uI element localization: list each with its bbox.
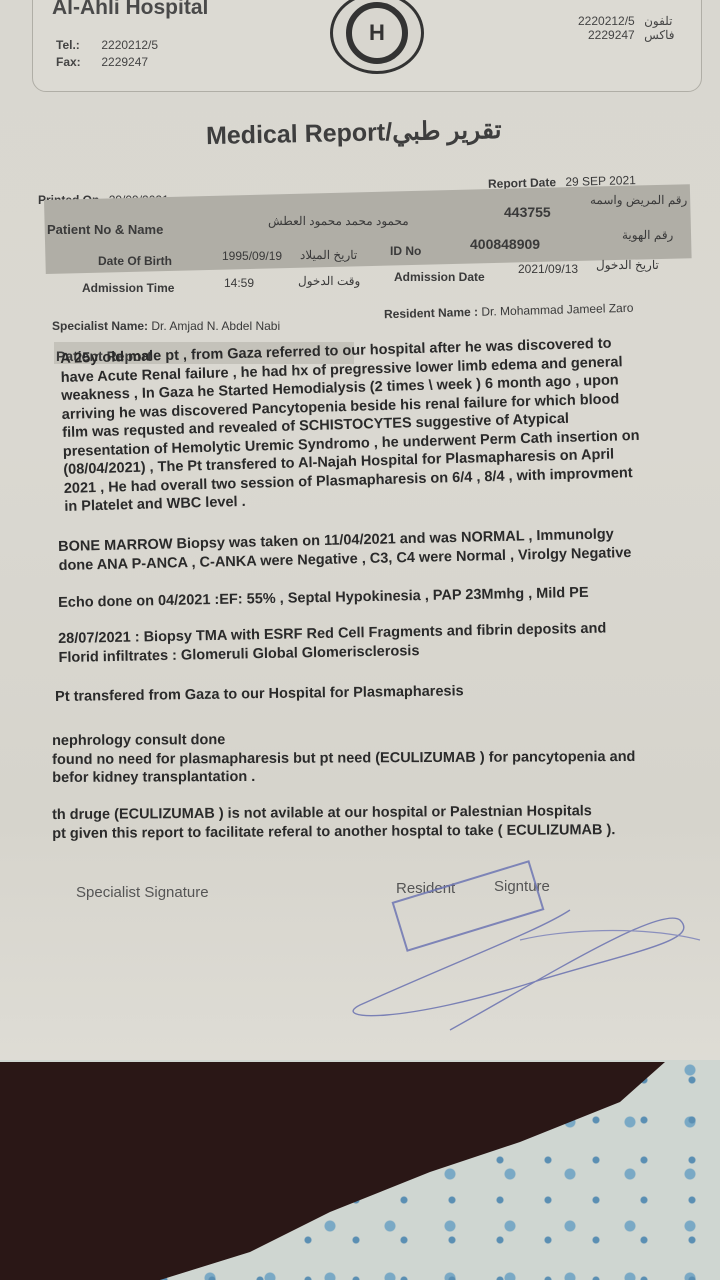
admission-time-label-ar: وقت الدخول bbox=[298, 274, 360, 288]
report-paragraph-3: Echo done on 04/2021 :EF: 55% , Septal H… bbox=[58, 584, 589, 613]
report-line: pt given this report to facilitate refer… bbox=[52, 821, 615, 843]
report-paragraph-1: A 25y old male pt , from Gaza referred t… bbox=[60, 334, 641, 517]
report-paragraph-6: nephrology consult done found no need fo… bbox=[52, 729, 636, 788]
admission-date-label: Admission Date bbox=[394, 270, 485, 284]
report-line: found no need for plasmapharesis but pt … bbox=[52, 747, 635, 769]
ar-fax-label: فاكس bbox=[644, 28, 674, 42]
resident-value: Dr. Mohammad Jameel Zaro bbox=[481, 301, 633, 319]
report-paragraph-7: th druge (ECULIZUMAB ) is not avilable a… bbox=[52, 802, 615, 843]
specialist-name: Specialist Name: Dr. Amjad N. Abdel Nabi bbox=[52, 319, 280, 333]
ar-tel-row: 2220212/5 تلفون bbox=[578, 14, 672, 28]
report-line: Pt transfered from Gaza to our Hospital … bbox=[55, 682, 464, 706]
id-label-ar: رقم الهوية bbox=[622, 228, 673, 242]
ar-tel-value: 2220212/5 bbox=[578, 14, 635, 28]
handwritten-signature bbox=[340, 900, 720, 1040]
document-title: Medical Report/تقرير طبي bbox=[206, 115, 502, 151]
id-value: 400848909 bbox=[470, 236, 540, 252]
admission-date-value: 2021/09/13 bbox=[518, 262, 578, 276]
tel-label: Tel.: bbox=[56, 38, 98, 52]
resident-label: Resident Name : bbox=[384, 305, 478, 321]
patient-no-name-label: Patient No & Name bbox=[47, 222, 163, 237]
patient-no-name-label-ar: رقم المريض واسمه bbox=[590, 193, 687, 207]
dob-label: Date Of Birth bbox=[98, 254, 172, 268]
dob-value: 1995/09/19 bbox=[222, 249, 282, 263]
ar-fax-row: 2229247 فاكس bbox=[588, 28, 674, 42]
fax-label: Fax: bbox=[56, 55, 98, 69]
patient-name-ar: محمود محمد محمود العطش bbox=[268, 214, 409, 228]
tel-value: 2220212/5 bbox=[101, 38, 158, 52]
dob-label-ar: تاريخ الميلاد bbox=[300, 248, 357, 262]
specialist-signature-label: Specialist Signature bbox=[76, 884, 209, 901]
crest-h-icon: H bbox=[346, 2, 408, 64]
report-paragraph-4: 28/07/2021 : Biopsy TMA with ESRF Red Ce… bbox=[58, 619, 607, 667]
id-label: ID No bbox=[390, 244, 421, 258]
report-line: befor kidney transplantation . bbox=[52, 766, 635, 788]
medical-report-page: Al-Ahli Hospital Tel.: 2220212/5 Fax: 22… bbox=[0, 0, 720, 1090]
tel-row: Tel.: 2220212/5 bbox=[56, 38, 158, 52]
patient-no: 443755 bbox=[504, 204, 551, 220]
specialist-value: Dr. Amjad N. Abdel Nabi bbox=[151, 319, 280, 333]
fax-value: 2229247 bbox=[101, 55, 148, 69]
report-line: Echo done on 04/2021 :EF: 55% , Septal H… bbox=[58, 584, 589, 613]
ar-tel-label: تلفون bbox=[644, 14, 672, 28]
specialist-label: Specialist Name: bbox=[52, 319, 148, 333]
fax-row: Fax: 2229247 bbox=[56, 55, 148, 69]
admission-time-value: 14:59 bbox=[224, 276, 254, 290]
admission-time-label: Admission Time bbox=[82, 281, 174, 295]
report-paragraph-5: Pt transfered from Gaza to our Hospital … bbox=[55, 682, 464, 706]
hospital-name: Al-Ahli Hospital bbox=[52, 0, 208, 20]
report-paragraph-2: BONE MARROW Biopsy was taken on 11/04/20… bbox=[58, 525, 632, 575]
admission-date-label-ar: تاريخ الدخول bbox=[596, 258, 659, 272]
ar-fax-value: 2229247 bbox=[588, 28, 635, 42]
resident-name: Resident Name : Dr. Mohammad Jameel Zaro bbox=[384, 301, 634, 322]
